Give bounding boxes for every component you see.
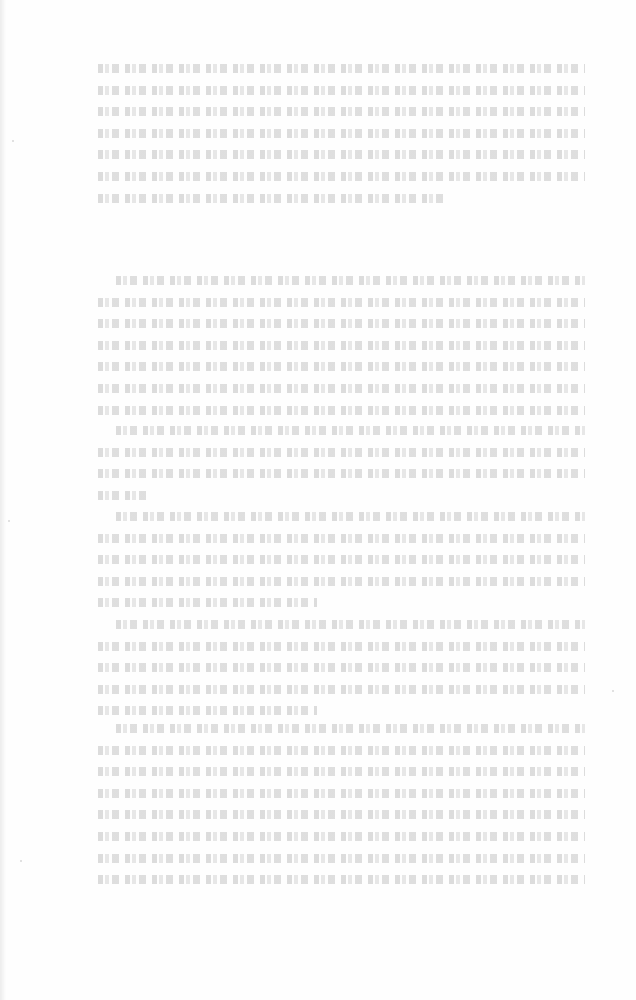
text-line (98, 384, 585, 393)
text-line (98, 150, 585, 159)
text-line (98, 706, 317, 715)
text-line (98, 448, 585, 457)
paragraph-5 (98, 620, 585, 728)
text-line (98, 555, 585, 564)
text-line (98, 341, 585, 350)
text-line (98, 598, 317, 607)
paragraph-4 (98, 512, 585, 620)
text-line (98, 832, 585, 841)
text-line (98, 469, 585, 478)
page-edge-shadow (0, 0, 6, 1000)
text-line (98, 319, 585, 328)
text-line (98, 854, 585, 863)
text-line (98, 362, 585, 371)
text-line (98, 577, 585, 586)
scan-speck (12, 140, 14, 142)
text-line (98, 642, 585, 651)
text-line (98, 406, 585, 415)
page-number (97, 906, 109, 920)
text-line (98, 491, 147, 500)
section-number (318, 238, 328, 252)
paragraph-3 (98, 426, 585, 512)
text-line (98, 685, 585, 694)
text-line (98, 86, 585, 95)
scan-speck (8, 520, 10, 522)
scan-speck (20, 860, 22, 862)
text-line (98, 194, 449, 203)
text-line (98, 107, 585, 116)
text-line (116, 426, 585, 435)
paragraph-2 (98, 276, 585, 427)
book-page (0, 0, 636, 1000)
text-line (98, 875, 585, 884)
text-line (98, 767, 585, 776)
text-line (98, 129, 585, 138)
scan-speck (612, 690, 614, 692)
text-line (98, 172, 585, 181)
paragraph-6 (98, 724, 585, 897)
text-line (116, 276, 585, 285)
text-line (116, 620, 585, 629)
text-line (98, 810, 585, 819)
text-line (98, 64, 585, 73)
text-line (98, 298, 585, 307)
text-line (98, 663, 585, 672)
paragraph-1 (98, 64, 585, 215)
text-line (116, 724, 585, 733)
text-line (116, 512, 585, 521)
text-line (98, 789, 585, 798)
text-line (98, 746, 585, 755)
text-line (98, 534, 585, 543)
